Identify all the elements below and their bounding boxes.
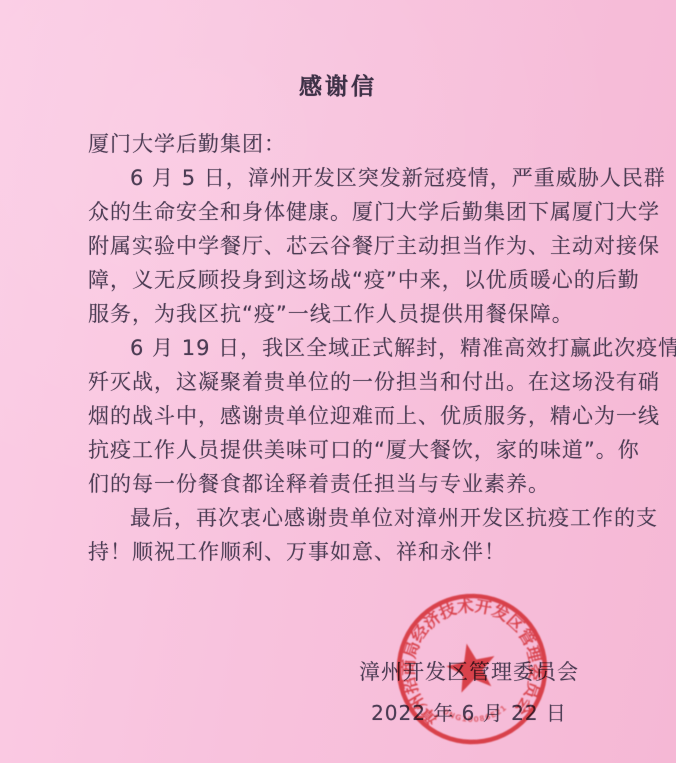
body-line: 歼灭战，这凝聚着贵单位的一份担当和付出。在这场没有硝 (88, 365, 654, 399)
body-line: 障，义无反顾投身到这场战“疫”中来，以优质暖心的后勤 (88, 263, 654, 297)
body-line: 6 月 5 日，漳州开发区突发新冠疫情，严重威胁人民群 (88, 161, 654, 195)
official-seal: 漳州招商局经济技术开发区管理委员会 0NG10086E21 (381, 578, 562, 759)
thank-you-letter-page: 感谢信 厦门大学后勤集团： 6 月 5 日，漳州开发区突发新冠疫情，严重威胁人民… (0, 0, 676, 763)
body-line: 持！顺祝工作顺利、万事如意、祥和永伴！ (88, 535, 654, 569)
salutation: 厦门大学后勤集团： (88, 127, 654, 161)
seal-star-icon (442, 638, 500, 694)
body-line: 抗疫工作人员提供美味可口的“厦大餐饮，家的味道”。你 (88, 433, 654, 467)
body-line: 最后，再次衷心感谢贵单位对漳州开发区抗疫工作的支 (88, 501, 654, 535)
body-line: 6 月 19 日，我区全域正式解封，精准高效打赢此次疫情 (88, 331, 654, 365)
letter-body: 厦门大学后勤集团： 6 月 5 日，漳州开发区突发新冠疫情，严重威胁人民群 众的… (88, 127, 654, 569)
svg-text:0NG10086E21: 0NG10086E21 (441, 703, 510, 727)
body-line: 众的生命安全和身体健康。厦门大学后勤集团下属厦门大学 (88, 195, 654, 229)
body-line: 附属实验中学餐厅、芯云谷餐厅主动担当作为、主动对接保 (88, 229, 654, 263)
seal-code-text: 0NG10086E21 (441, 703, 510, 727)
body-line: 烟的战斗中，感谢贵单位迎难而上、优质服务，精心为一线 (88, 399, 654, 433)
body-line: 服务，为我区抗“疫”一线工作人员提供用餐保障。 (88, 297, 654, 331)
body-line: 们的每一份餐食都诠释着责任担当与专业素养。 (88, 467, 654, 501)
page-title: 感谢信 (0, 68, 676, 101)
